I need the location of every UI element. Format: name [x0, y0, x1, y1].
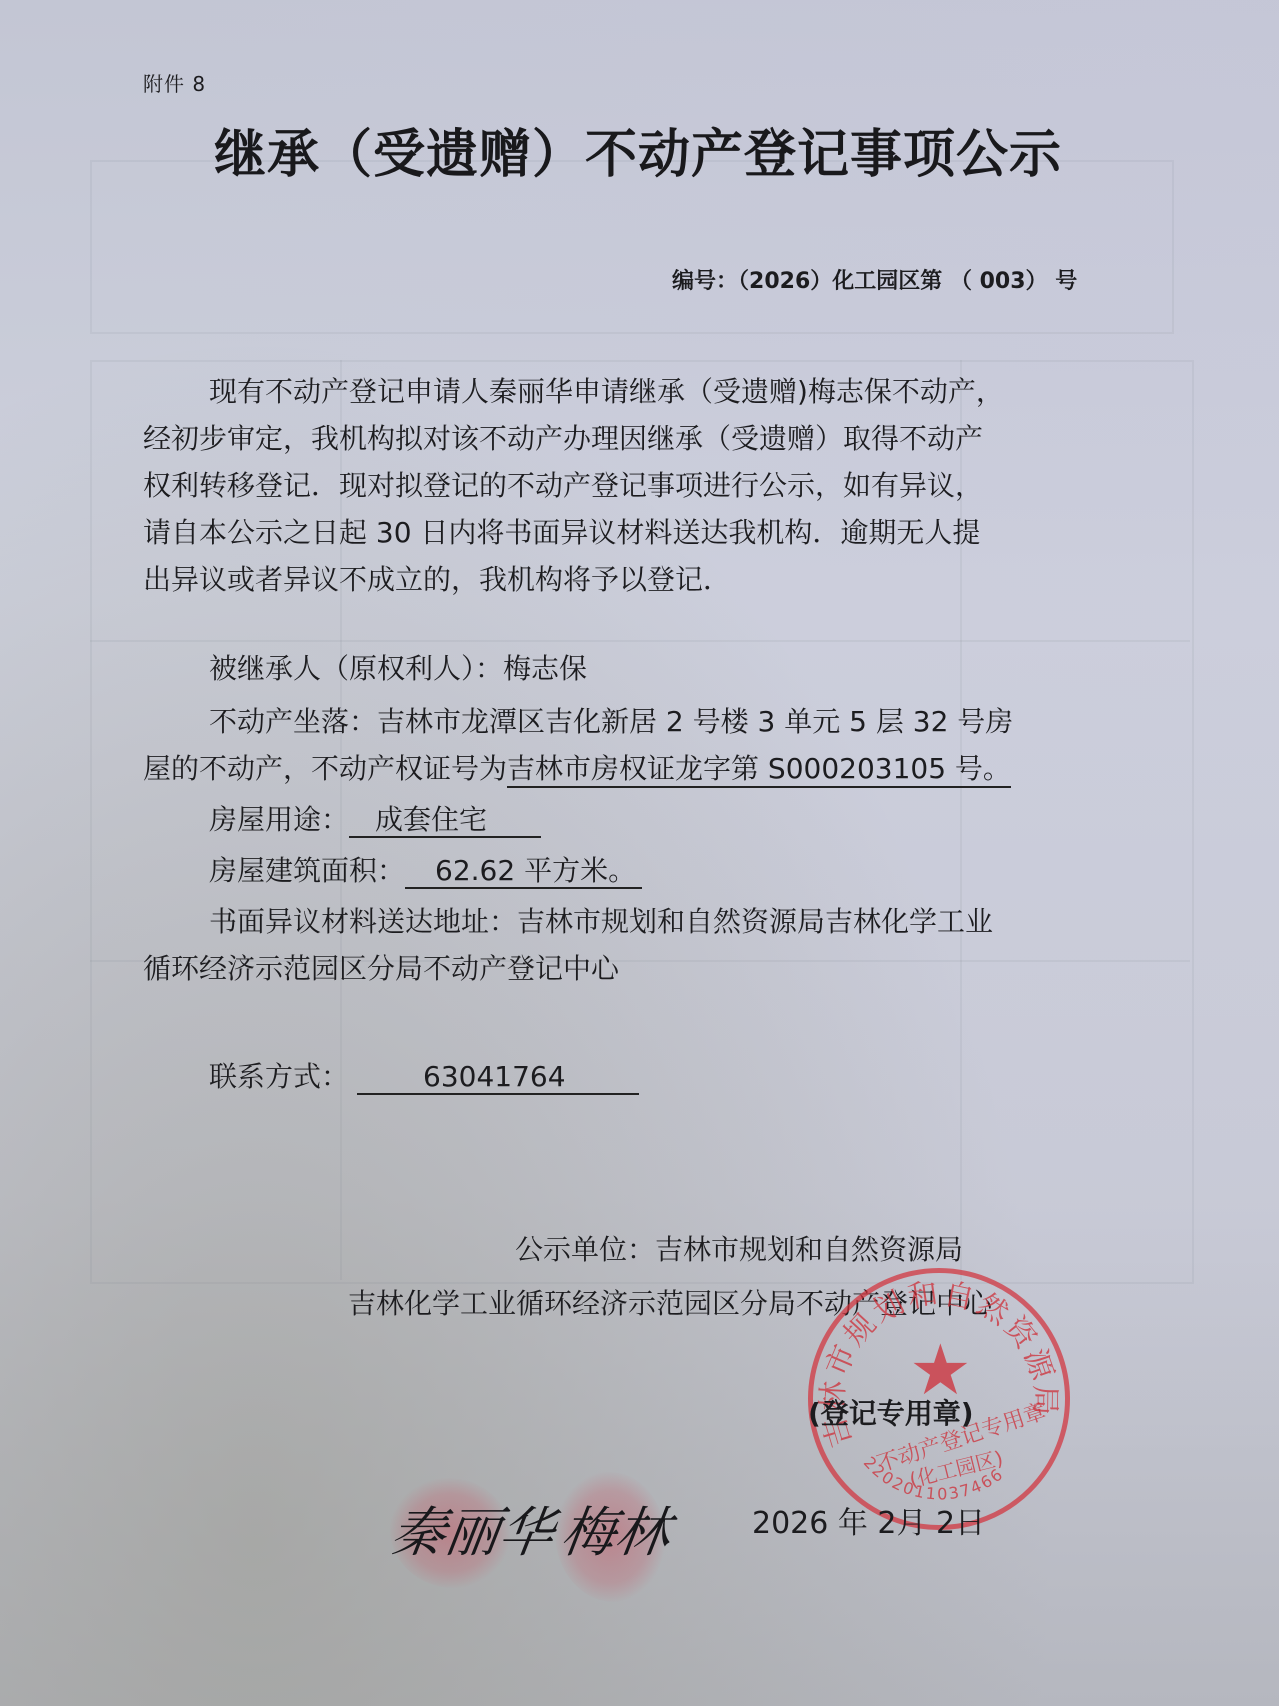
- objection-address-line2: 循环经济示范园区分局不动产登记中心: [143, 945, 1113, 992]
- area-value: 62.62 平方米。: [405, 855, 642, 889]
- contact-line: 联系方式：63041764: [143, 1053, 1113, 1100]
- doc-number-value: （ 003）: [950, 269, 1048, 294]
- contact-row: 联系方式：63041764: [143, 1053, 1113, 1100]
- notice-details: 被继承人（原权利人）：梅志保 不动产坐落：吉林市龙潭区吉化新居 2 号楼 3 单…: [143, 645, 1113, 992]
- notice-paragraph: 现有不动产登记申请人秦丽华申请继承（受遗赠)梅志保不动产， 经初步审定，我机构拟…: [143, 368, 1113, 603]
- doc-number-office: 化工园区第: [832, 269, 942, 294]
- decedent-value: 梅志保: [503, 652, 587, 685]
- objection-address-row: 书面异议材料送达地址：吉林市规划和自然资源局吉林化学工业: [143, 898, 1113, 945]
- document-number: 编号：（2026）化工园区第 （ 003） 号: [672, 264, 1077, 295]
- location-value: 吉林市龙潭区吉化新居 2 号楼 3 单元 5 层 32 号房: [377, 705, 1013, 738]
- attachment-label: 附件 8: [143, 68, 206, 97]
- decedent-row: 被继承人（原权利人）：梅志保: [143, 645, 1113, 692]
- certificate-number: 吉林市房权证龙字第 S000203105 号。: [507, 752, 1011, 788]
- contact-value: 63041764: [357, 1061, 639, 1095]
- usage-label: 房屋用途：: [209, 803, 349, 836]
- location-row: 不动产坐落：吉林市龙潭区吉化新居 2 号楼 3 单元 5 层 32 号房: [143, 698, 1113, 745]
- location-line2-prefix: 屋的不动产，不动产权证号为: [143, 752, 507, 785]
- location-label: 不动产坐落：: [209, 705, 377, 738]
- doc-number-prefix: 编号：: [672, 269, 738, 294]
- usage-value: 成套住宅: [349, 804, 541, 838]
- paragraph-line: 出异议或者异议不成立的，我机构将予以登记．: [143, 556, 1113, 603]
- paragraph-line: 权利转移登记．现对拟登记的不动产登记事项进行公示，如有异议，: [143, 462, 1113, 509]
- seal-label: (登记专用章): [808, 1392, 974, 1432]
- doc-number-suffix: 号: [1055, 269, 1077, 294]
- notice-document: 附件 8 继承（受遗赠）不动产登记事项公示 编号：（2026）化工园区第 （ 0…: [0, 0, 1279, 1706]
- paragraph-line: 请自本公示之日起 30 日内将书面异议材料送达我机构．逾期无人提: [143, 509, 1113, 556]
- objection-address-label: 书面异议材料送达地址：: [209, 905, 517, 938]
- notice-date: 2026 年 2月 2日: [752, 1498, 985, 1542]
- decedent-label: 被继承人（原权利人）：: [209, 652, 503, 685]
- publisher-line-1: 公示单位：吉林市规划和自然资源局: [515, 1228, 963, 1268]
- signature-witness: 梅林: [557, 1490, 676, 1567]
- paragraph-line: 经初步审定，我机构拟对该不动产办理因继承（受遗赠）取得不动产: [143, 415, 1113, 462]
- usage-row: 房屋用途：成套住宅: [143, 796, 1113, 843]
- objection-address-line1: 吉林市规划和自然资源局吉林化学工业: [517, 905, 993, 938]
- location-row-2: 屋的不动产，不动产权证号为吉林市房权证龙字第 S000203105 号。: [143, 745, 1113, 792]
- paragraph-line: 现有不动产登记申请人秦丽华申请继承（受遗赠)梅志保不动产，: [143, 368, 1113, 415]
- doc-number-year: （2026）: [738, 269, 832, 294]
- page-title: 继承（受遗赠）不动产登记事项公示: [214, 112, 1062, 187]
- area-row: 房屋建筑面积：62.62 平方米。: [143, 847, 1113, 894]
- contact-label: 联系方式：: [209, 1060, 349, 1093]
- area-label: 房屋建筑面积：: [209, 854, 405, 887]
- signature-applicant: 秦丽华: [387, 1490, 560, 1567]
